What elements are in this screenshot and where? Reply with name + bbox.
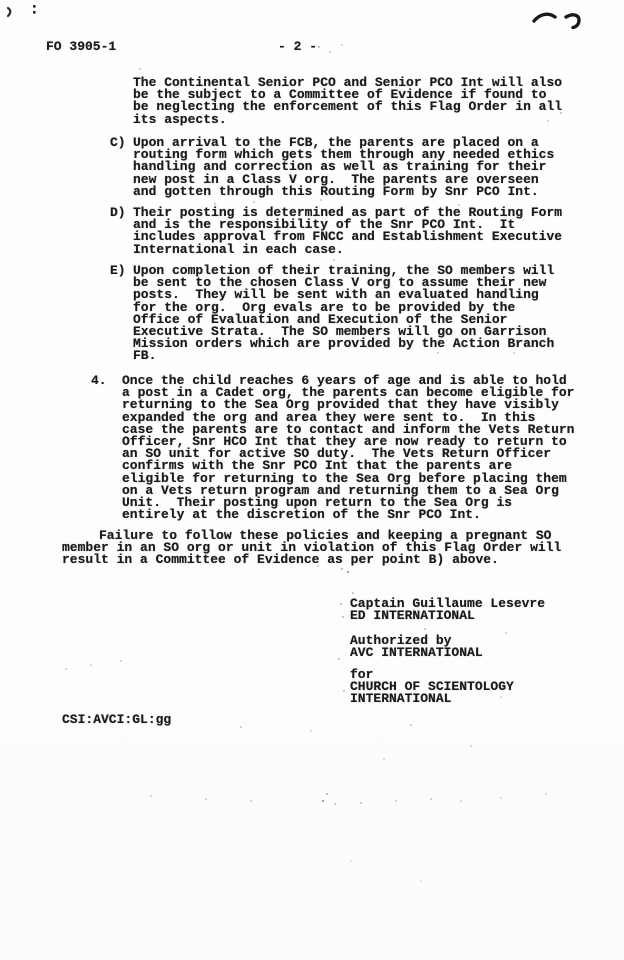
org-name-cont: INTERNATIONAL	[350, 693, 514, 705]
item-d-label: D)	[110, 207, 126, 219]
item-e-text: Upon completion of their training, the S…	[133, 265, 554, 363]
authorized-by-block: Authorized by AVC INTERNATIONAL	[350, 635, 483, 659]
item-4-label: 4.	[91, 375, 107, 387]
item-c-label: C)	[110, 137, 126, 149]
signature-block: Captain Guillaume Lesevre ED INTERNATION…	[350, 598, 545, 622]
intro-paragraph: The Continental Senior PCO and Senior PC…	[133, 77, 562, 126]
handwritten-mark-top-left	[4, 4, 44, 20]
page-number: - 2 -	[278, 41, 317, 53]
signatory-title: ED INTERNATIONAL	[350, 610, 545, 622]
item-e-label: E)	[110, 265, 126, 277]
authorized-by-org: AVC INTERNATIONAL	[350, 647, 483, 659]
item-e: E) Upon completion of their training, th…	[133, 265, 554, 363]
for-org-block: for CHURCH OF SCIENTOLOGY INTERNATIONAL	[350, 669, 514, 706]
reference-initials: CSI:AVCI:GL:gg	[62, 714, 171, 726]
item-c-text: Upon arrival to the FCB, the parents are…	[133, 137, 554, 198]
intro-paragraph-text: The Continental Senior PCO and Senior PC…	[133, 77, 562, 126]
item-4-text: Once the child reaches 6 years of age an…	[122, 375, 574, 521]
pen-mark-top-right	[528, 6, 598, 34]
doc-reference: FO 3905-1	[46, 41, 116, 53]
scanned-document-page: FO 3905-1 - 2 - The Continental Senior P…	[0, 0, 624, 960]
scan-noise	[0, 0, 2, 2]
item-4: 4. Once the child reaches 6 years of age…	[122, 375, 574, 521]
item-d-text: Their posting is determined as part of t…	[133, 207, 562, 256]
closing-paragraph: Failure to follow these policies and kee…	[62, 530, 561, 567]
closing-paragraph-text: Failure to follow these policies and kee…	[62, 530, 561, 567]
item-d: D) Their posting is determined as part o…	[133, 207, 562, 256]
item-c: C) Upon arrival to the FCB, the parents …	[133, 137, 554, 198]
